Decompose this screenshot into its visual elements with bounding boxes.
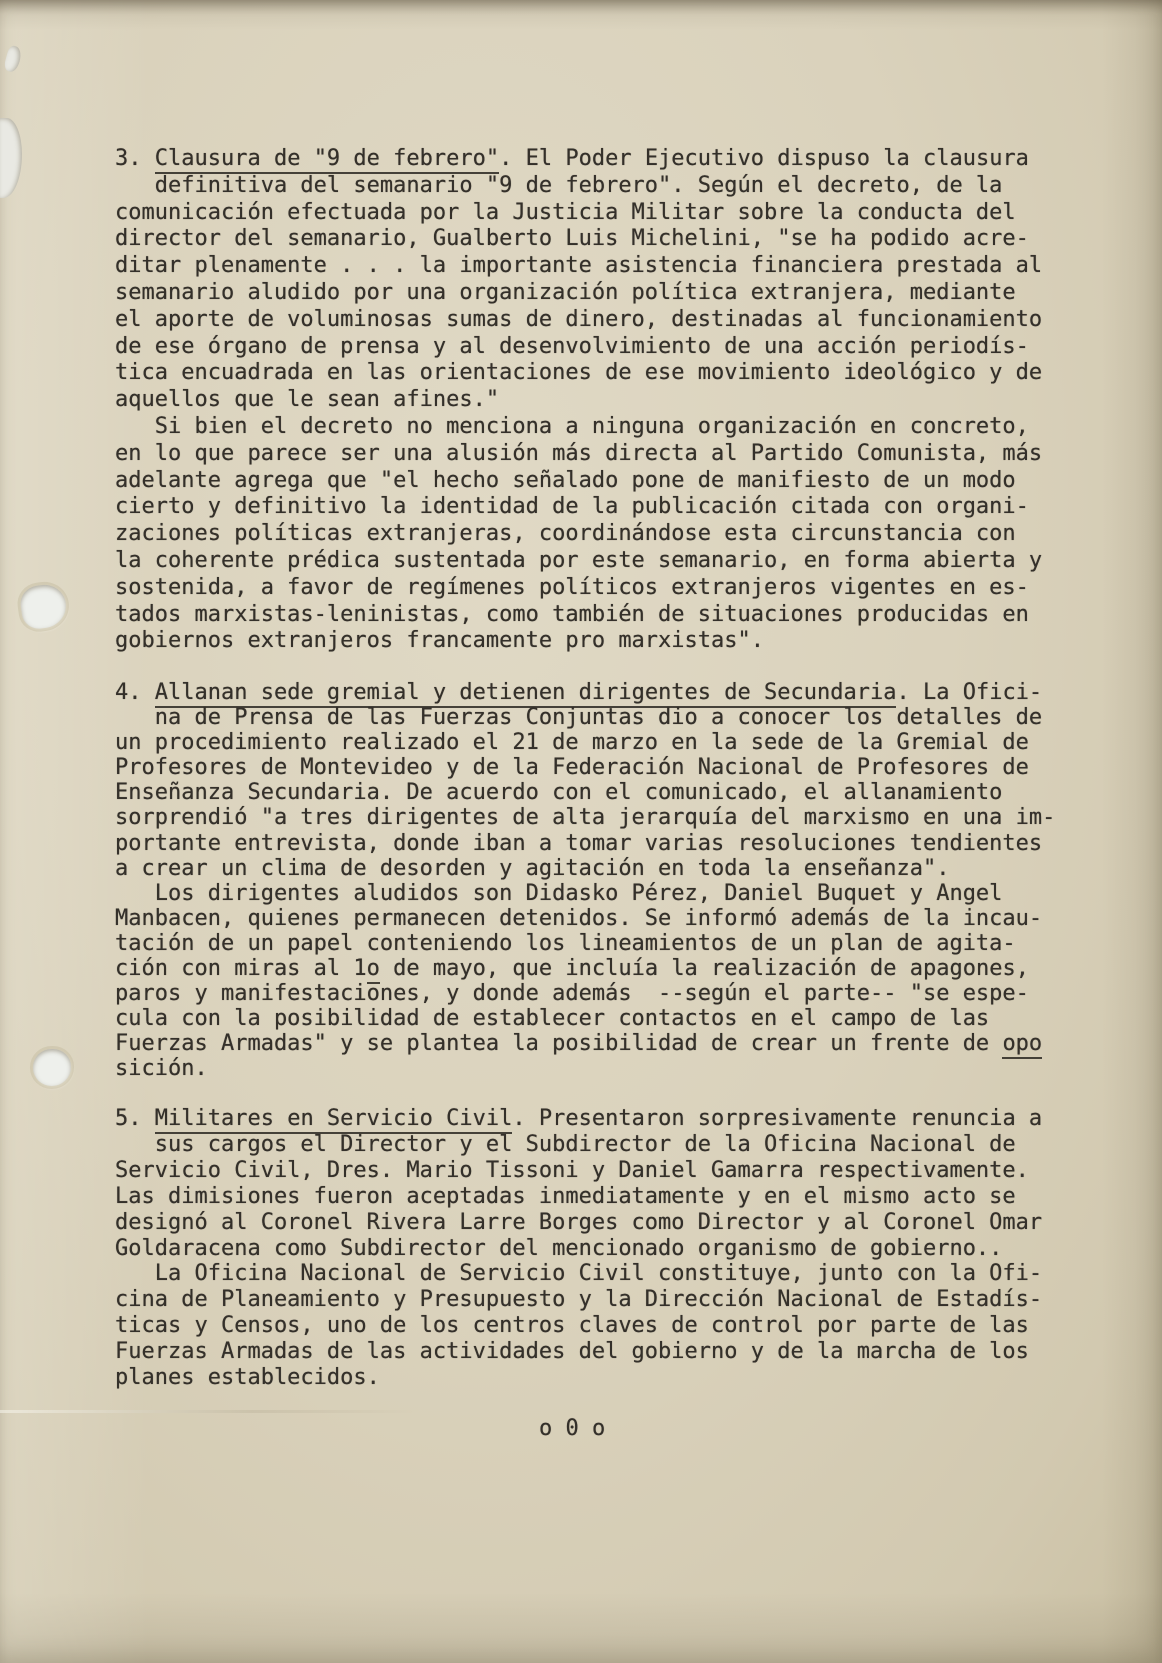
punch-hole-top [18,582,69,631]
text-line: aquellos que le sean afines." [115,387,1042,414]
section-3-clausura: 3. Clausura de "9 de febrero". El Poder … [115,146,1042,655]
text-segment: Goldaracena como Subdirector del mencion… [115,1236,1002,1261]
text-segment: portante entrevista, donde iban a tomar … [115,831,1042,856]
text-segment: Fuerzas Armadas" y se plantea la posibil… [115,1031,1002,1056]
text-segment: cula con la posibilidad de establecer co… [115,1006,989,1031]
text-segment: La Oficina Nacional de Servicio Civil co… [115,1261,1042,1286]
text-line: de ese órgano de prensa y al desenvolvim… [115,334,1042,361]
staple-tear-mark [0,118,22,198]
text-line: adelante agrega que "el hecho señalado p… [115,468,1042,495]
underlined-text-segment: Militares en Servicio Civil [155,1106,513,1134]
text-segment: director del semanario, Gualberto Luis M… [115,226,1029,251]
text-segment: planes establecidos. [115,1365,380,1390]
text-line: comunicación efectuada por la Justicia M… [115,200,1042,227]
text-segment: cina de Planeamiento y Presupuesto y la … [115,1287,1042,1312]
text-line: tica encuadrada en las orientaciones de … [115,360,1042,387]
text-segment: 5. [115,1106,155,1131]
text-line: definitiva del semanario "9 de febrero".… [115,173,1042,200]
text-line: Enseñanza Secundaria. De acuerdo con el … [115,780,1055,805]
scanned-document-page: 3. Clausura de "9 de febrero". El Poder … [0,0,1162,1663]
text-line: 3. Clausura de "9 de febrero". El Poder … [115,146,1042,173]
text-segment: sición. [115,1056,208,1081]
text-segment: Profesores de Montevideo y de la Federac… [115,755,1029,780]
underlined-text-segment: Allanan sede gremial y detienen dirigent… [155,680,897,708]
text-segment: tica encuadrada en las orientaciones de … [115,360,1042,385]
text-segment: designó al Coronel Rivera Larre Borges c… [115,1210,1042,1235]
text-line: sostenida, a favor de regímenes político… [115,575,1042,602]
text-segment: sostenida, a favor de regímenes político… [115,575,1029,600]
text-segment: Servicio Civil, Dres. Mario Tissoni y Da… [115,1158,1029,1183]
text-line: na de Prensa de las Fuerzas Conjuntas di… [115,705,1055,730]
text-line: gobiernos extranjeros francamente pro ma… [115,628,1042,655]
text-segment: 3. [115,146,155,171]
text-segment: . La Ofici- [896,680,1042,705]
text-segment: cierto y definitivo la identidad de la p… [115,494,1029,519]
text-line: Profesores de Montevideo y de la Federac… [115,755,1055,780]
section-4-allanan: 4. Allanan sede gremial y detienen dirig… [115,680,1055,1082]
text-line: tación de un papel conteniendo los linea… [115,931,1055,956]
text-segment: adelante agrega que "el hecho señalado p… [115,468,1016,493]
text-line: sorprendió "a tres dirigentes de alta je… [115,805,1055,830]
text-line: cierto y definitivo la identidad de la p… [115,494,1042,521]
text-segment: zaciones políticas extranjeras, coordiná… [115,521,1016,546]
text-line: planes establecidos. [115,1365,1042,1391]
text-line: Goldaracena como Subdirector del mencion… [115,1236,1042,1262]
text-segment: paros y manifestaciones, y donde además … [115,981,1029,1006]
text-segment: 4. [115,680,155,705]
text-segment: a crear un clima de desorden y agitación… [115,856,949,881]
text-segment: gobiernos extranjeros francamente pro ma… [115,628,764,653]
text-line: tados marxistas-leninistas, como también… [115,602,1042,629]
text-line: director del semanario, Gualberto Luis M… [115,226,1042,253]
text-line: Manbacen, quienes permanecen detenidos. … [115,906,1055,931]
text-line: Fuerzas Armadas de las actividades del g… [115,1339,1042,1365]
text-segment: ticas y Censos, uno de los centros clave… [115,1313,1029,1338]
text-line: a crear un clima de desorden y agitación… [115,856,1055,881]
text-line: Los dirigentes aludidos son Didasko Pére… [115,881,1055,906]
text-segment: de ese órgano de prensa y al desenvolvim… [115,334,1029,359]
text-line: La Oficina Nacional de Servicio Civil co… [115,1261,1042,1287]
text-line: Las dimisiones fueron aceptadas inmediat… [115,1184,1042,1210]
text-segment: la coherente prédica sustentada por este… [115,548,1042,573]
text-segment: Fuerzas Armadas de las actividades del g… [115,1339,1029,1364]
text-segment: na de Prensa de las Fuerzas Conjuntas di… [115,705,1042,730]
text-segment: Enseñanza Secundaria. De acuerdo con el … [115,780,1002,805]
text-line: ticas y Censos, uno de los centros clave… [115,1313,1042,1339]
text-segment: Los dirigentes aludidos son Didasko Pére… [115,881,1002,906]
text-line: cina de Planeamiento y Presupuesto y la … [115,1287,1042,1313]
text-segment: Si bien el decreto no menciona a ninguna… [115,414,1029,439]
text-line: Fuerzas Armadas" y se plantea la posibil… [115,1031,1055,1056]
underlined-text-segment: Clausura de "9 de febrero" [155,146,499,174]
text-segment: en lo que parece ser una alusión más dir… [115,441,1042,466]
text-line: paros y manifestaciones, y donde además … [115,981,1055,1006]
text-segment: Manbacen, quienes permanecen detenidos. … [115,906,1042,931]
text-line: sus cargos el Director y el Subdirector … [115,1132,1042,1158]
text-segment: el aporte de voluminosas sumas de dinero… [115,307,1042,332]
text-line: Si bien el decreto no menciona a ninguna… [115,414,1042,441]
text-segment: definitiva del semanario "9 de febrero".… [115,173,1002,198]
text-line: Servicio Civil, Dres. Mario Tissoni y Da… [115,1158,1042,1184]
text-line: sición. [115,1056,1055,1081]
text-line: ción con miras al 1o de mayo, que incluí… [115,956,1055,981]
text-line: en lo que parece ser una alusión más dir… [115,441,1042,468]
text-segment: de mayo, que incluía la realización de a… [380,956,1029,981]
text-line: semanario aludido por una organización p… [115,280,1042,307]
underlined-text-segment: o [367,956,380,984]
text-line: cula con la posibilidad de establecer co… [115,1006,1055,1031]
punch-hole-bottom [33,1049,71,1086]
text-line: el aporte de voluminosas sumas de dinero… [115,307,1042,334]
section-5-militares: 5. Militares en Servicio Civil. Presenta… [115,1106,1042,1391]
paper-crease [0,1410,420,1413]
text-segment: . Presentaron sorpresivamente renuncia a [512,1106,1042,1131]
text-segment: un procedimiento realizado el 21 de marz… [115,730,1029,755]
text-segment: comunicación efectuada por la Justicia M… [115,200,1016,225]
underlined-text-segment: opo [1002,1031,1042,1059]
text-segment: sus cargos el Director y el Subdirector … [115,1132,1016,1157]
text-segment: ditar plenamente . . . la importante asi… [115,253,1042,278]
text-line: ditar plenamente . . . la importante asi… [115,253,1042,280]
staple-tear-mark-small [3,45,23,74]
text-segment: sorprendió "a tres dirigentes de alta je… [115,805,1055,830]
text-segment: ción con miras al 1 [115,956,367,981]
text-segment: tados marxistas-leninistas, como también… [115,602,1029,627]
text-line: zaciones políticas extranjeras, coordiná… [115,521,1042,548]
text-line: 4. Allanan sede gremial y detienen dirig… [115,680,1055,705]
text-segment: . El Poder Ejecutivo dispuso la clausura [499,146,1029,171]
text-segment: tación de un papel conteniendo los linea… [115,931,1016,956]
text-segment: Las dimisiones fueron aceptadas inmediat… [115,1184,1016,1209]
text-line: un procedimiento realizado el 21 de marz… [115,730,1055,755]
text-line: 5. Militares en Servicio Civil. Presenta… [115,1106,1042,1132]
text-line: la coherente prédica sustentada por este… [115,548,1042,575]
text-line: designó al Coronel Rivera Larre Borges c… [115,1210,1042,1236]
text-segment: semanario aludido por una organización p… [115,280,1016,305]
end-of-text-mark: o 0 o [539,1416,605,1442]
text-line: portante entrevista, donde iban a tomar … [115,831,1055,856]
text-segment: aquellos que le sean afines." [115,387,499,412]
